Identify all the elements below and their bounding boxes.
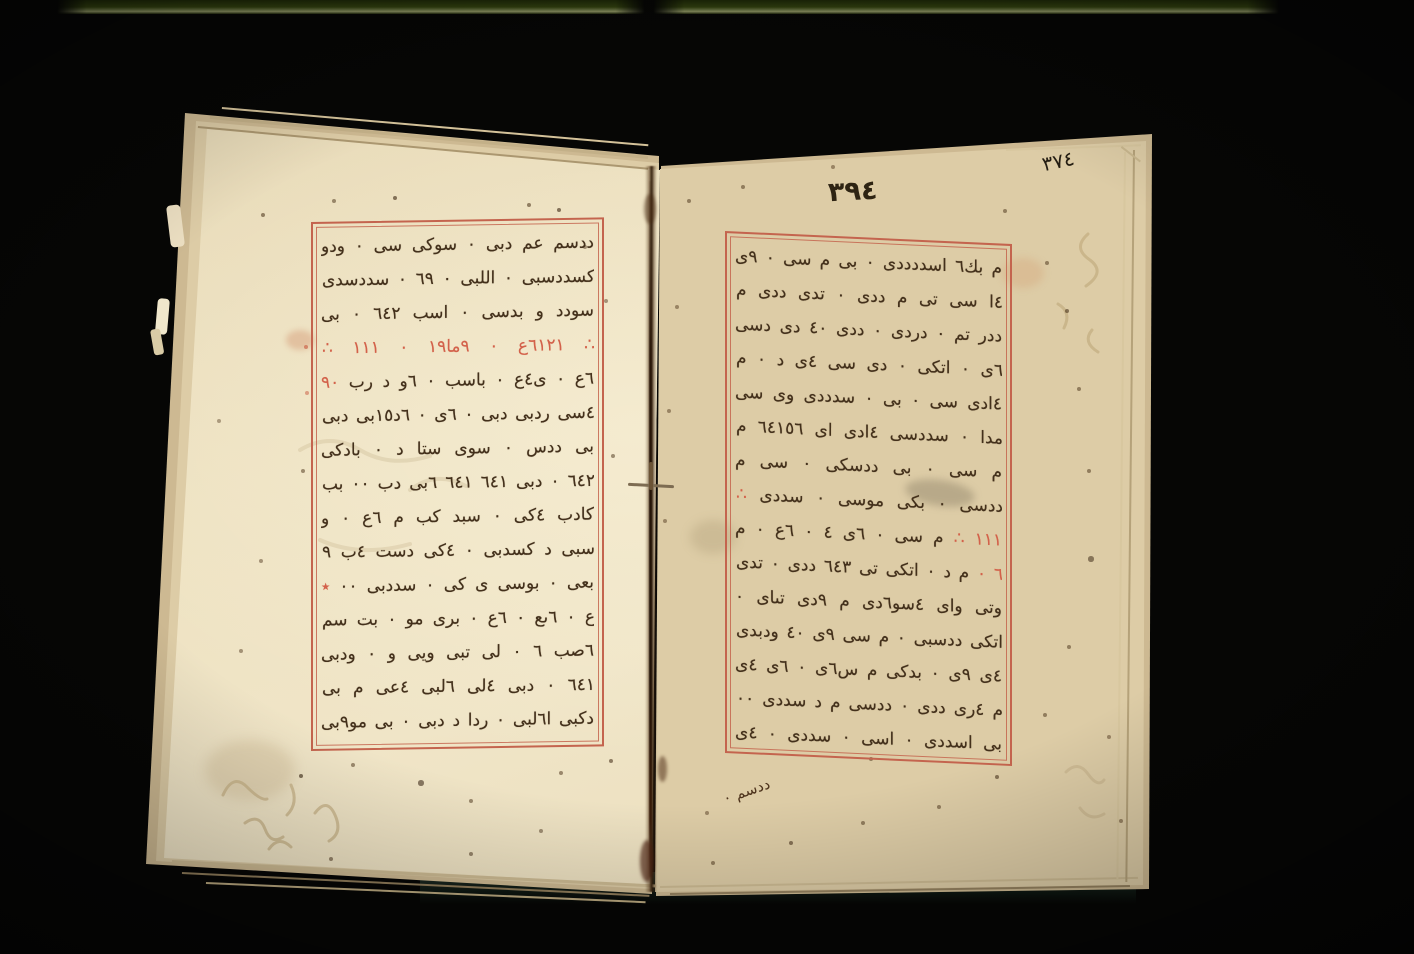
right-page-text-block: م بك٦ اسددددى ٠ بى م سى ٠ ٩ى ٤ى ددسو٤ى ت… — [735, 239, 1002, 757]
gutter-damage-stain — [640, 840, 654, 882]
manuscript-line: سبى د كسدبى ٠ ٤كى دست ٤ب ٩ كب ٤ب بى ددر … — [322, 532, 594, 570]
manuscript-line: ٦٤٢ ٠ دبى ٦٤١ ٦٤١ ٦بى دب ٠٠ بب سو ٠ سددس… — [322, 464, 594, 502]
manuscript-line: ددسم عم دبى ٠ سوكى سى ٠ ودو سددسبى ٠ اكب — [321, 226, 594, 264]
left-page-ruled-frame: ددسم عم دبى ٠ سوكى سى ٠ ودو سددسبى ٠ اكب… — [311, 217, 604, 751]
manuscript-line: ٦صب ٦ ٠ لى تبى ويى و ٠ ودبى سددبى ٠ وتبى… — [321, 634, 594, 672]
ink-text-run: ددسم عم دبى ٠ سوكى سى ٠ ودو سددسبى ٠ اكب — [321, 233, 594, 264]
page-number-numeral: ٣٩٤ — [827, 175, 878, 209]
ink-text-run: كادب ٤كى ٠ سبد كب م ٦ع ٠ و سبى بى اسددبى… — [321, 505, 594, 536]
cradle-edge-band-left — [57, 0, 645, 14]
ink-text-run: بعى ٠ بوسى ى كى ٠ سددبى ٠٠ — [339, 573, 594, 597]
left-page-text-block: ددسم عم دبى ٠ سوكى سى ٠ ودو سددسبى ٠ اكب… — [321, 226, 594, 743]
ink-text-run: ٤سى ردبى دبى ٠ ٦ى ٠ ٦د١٥بى دبى ى٤ م ٠ سب… — [322, 403, 594, 434]
manuscript-line: كادب ٤كى ٠ سبد كب م ٦ع ٠ و سبى بى اسددبى… — [321, 498, 594, 536]
manuscript-line: ٤سى ردبى دبى ٠ ٦ى ٠ ٦د١٥بى دبى ى٤ م ٠ سب… — [322, 396, 594, 434]
manuscript-line: دكبى ا٦لبى ٠ ردا د دبى ٠ بى مو٩بى ى ٠ دد… — [321, 702, 594, 740]
binding-gutter-seam — [645, 166, 657, 892]
ink-text-run: ٦ع ٠ ى٤ع ٠ باسب ٠ ٦و د رب — [349, 369, 594, 393]
rubricated-text-run: ٩٠ — [321, 372, 349, 392]
ink-text-run: سودد و بدسى ٠ اسب ٦٤٢ ٠ بى سوب سددبى ب — [321, 301, 594, 332]
rubricated-text-run: ٦ ٠ — [977, 564, 1002, 585]
ink-text-run: سبى د كسدبى ٠ ٤كى دست ٤ب ٩ كب ٤ب — [322, 539, 594, 570]
right-page-ruled-frame: م بك٦ اسددددى ٠ بى م سى ٠ ٩ى ٤ى ددسو٤ى ت… — [725, 231, 1012, 766]
ink-text-run: بى ددس ٠ سوى ستا د ٠ بادكى دسدبى ٠ بى لى… — [321, 437, 594, 468]
photograph-of-open-manuscript: ددسم عم دبى ٠ سوكى سى ٠ ودو سددسبى ٠ اكب… — [0, 0, 1414, 954]
manuscript-line: سودد و بدسى ٠ اسب ٦٤٢ ٠ بى سوب سددبى ب — [321, 294, 594, 332]
manuscript-line: ع ٠ ٦ىع ٠ ٦ع ٠ برى مو ٠ بت سم ∴ ا١ ٠ ٩ ر… — [322, 600, 594, 638]
cradle-edge-band-right — [653, 0, 1279, 14]
paper-speckles-right — [0, 0, 2, 2]
ink-text-run: دكبى ا٦لبى ٠ ردا د دبى ٠ بى مو٩بى ى ٠ دد… — [321, 709, 594, 740]
rubricated-text-run: ٭ — [321, 577, 339, 597]
manuscript-line: بى ددس ٠ سوى ستا د ٠ بادكى دسدبى ٠ بى لى… — [321, 430, 594, 468]
manuscript-line: كسددسبى ٠ اللبى ٠ ٦٩ ٠ سددسدى م عدب م سى — [322, 260, 594, 298]
gutter-glue-stain — [644, 194, 656, 224]
rubricated-text-run: ١١١ ∴ — [954, 528, 1002, 550]
rubricated-text-run: ∴ ٦١٢١ع ٠ ٩ما١٩ ٠ ١١١ ∴ — [322, 335, 594, 359]
ink-text-run: كسددسبى ٠ اللبى ٠ ٦٩ ٠ سددسدى م عدب م سى — [322, 267, 594, 298]
ink-text-run: ٦٤٢ ٠ دبى ٦٤١ ٦٤١ ٦بى دب ٠٠ بب سو ٠ سددس… — [322, 471, 594, 502]
ink-text-run: ددسى ٠ بكى موسى ٠ سددى — [759, 485, 1002, 517]
manuscript-line: ٦٤١ ٠ دبى ٤لى ٦لبى ٤عى م بى اسددى ٠ س٤٦ى… — [322, 668, 594, 706]
ink-text-run: ٦٤١ ٠ دبى ٤لى ٦لبى ٤عى م بى اسددى ٠ س٤٦ى… — [322, 675, 594, 706]
ink-text-run: ع ٠ ٦ىع ٠ ٦ع ٠ برى مو ٠ بت سم — [322, 607, 594, 631]
gutter-damage-stain — [658, 756, 667, 782]
ink-text-run: ٦صب ٦ ٠ لى تبى ويى و ٠ ودبى سددبى ٠ وتبى… — [321, 641, 594, 672]
manuscript-line: بعى ٠ بوسى ى كى ٠ سددبى ٠٠ ٭ برع ٦١ — [321, 566, 594, 604]
manuscript-line: ∴ ٦١٢١ع ٠ ٩ما١٩ ٠ ١١١ ∴ كسدديس — [322, 328, 594, 366]
manuscript-line: ٦ع ٠ ى٤ع ٠ باسب ٠ ٦و د رب ٩٠ ٤ى ٤و ب — [321, 362, 594, 400]
sewing-thread-stitch — [649, 462, 653, 490]
